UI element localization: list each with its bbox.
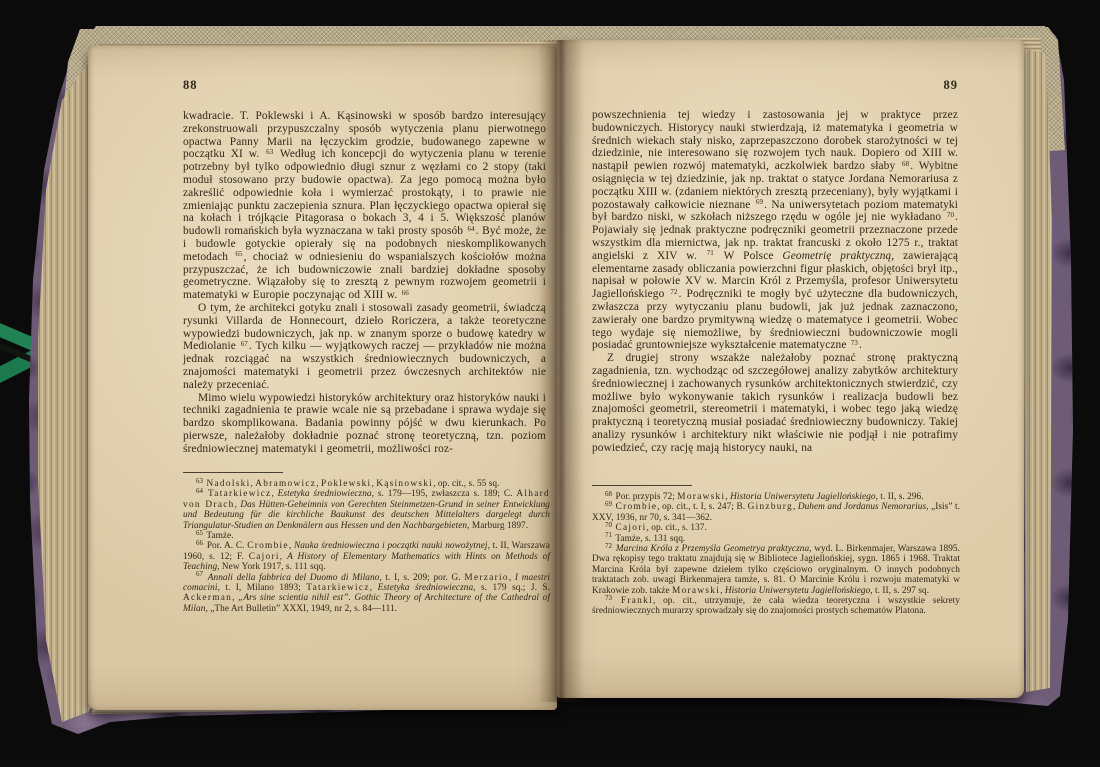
- footnote-rule: [592, 485, 692, 486]
- footnotes: 68 Por. przypis 72; Morawski, Historia U…: [592, 492, 960, 617]
- footnote: 67 Annali della fabbrica del Duomo di Mi…: [183, 573, 550, 615]
- paragraph: Z drugiej strony wszakże należałoby pozn…: [592, 352, 958, 454]
- paragraph: O tym, że architekci gotyku znali i stos…: [183, 302, 546, 392]
- paragraph: powszechnienia tej wiedzy i zastosowania…: [592, 109, 958, 352]
- book-photo: 88 kwadracie. T. Poklewski i A. Kąsinows…: [0, 0, 1100, 767]
- footnote: 64 Tatarkiewicz, Estetyka średniowieczna…: [183, 489, 550, 531]
- footnote: 71 Tamże, s. 131 sqq.: [592, 534, 960, 544]
- page-text: powszechnienia tej wiedzy i zastosowania…: [592, 109, 958, 455]
- page-number: 89: [944, 78, 959, 93]
- footnote: 66 Por. A. C. Crombie, Nauka średniowiec…: [183, 541, 550, 572]
- right-page: 89 powszechnienia tej wiedzy i zastosowa…: [557, 40, 1024, 698]
- footnote: 65 Tamże.: [183, 531, 550, 541]
- footnote: 70 Cajori, op. cit., s. 137.: [592, 523, 960, 533]
- footnote: 72 Marcina Króla z Przemyśla Geometrya p…: [592, 544, 960, 596]
- footnote-rule: [183, 472, 283, 473]
- footnotes: 63 Nadolski, Abramowicz, Poklewski, Kąsi…: [183, 479, 550, 614]
- page-text: kwadracie. T. Poklewski i A. Kąsinowski …: [183, 110, 546, 456]
- footnote: 69 Crombie, op. cit., t. I, s. 247; B. G…: [592, 502, 960, 523]
- footnote: 63 Nadolski, Abramowicz, Poklewski, Kąsi…: [183, 479, 550, 489]
- paragraph: Mimo wielu wypowiedzi historyków archite…: [183, 392, 546, 456]
- paragraph: kwadracie. T. Poklewski i A. Kąsinowski …: [183, 110, 546, 302]
- page-number: 88: [183, 78, 198, 93]
- footnote: 73 Frankl, op. cit., utrzymuje, że cała …: [592, 596, 960, 617]
- footnote: 68 Por. przypis 72; Morawski, Historia U…: [592, 492, 960, 502]
- left-page: 88 kwadracie. T. Poklewski i A. Kąsinows…: [88, 46, 557, 710]
